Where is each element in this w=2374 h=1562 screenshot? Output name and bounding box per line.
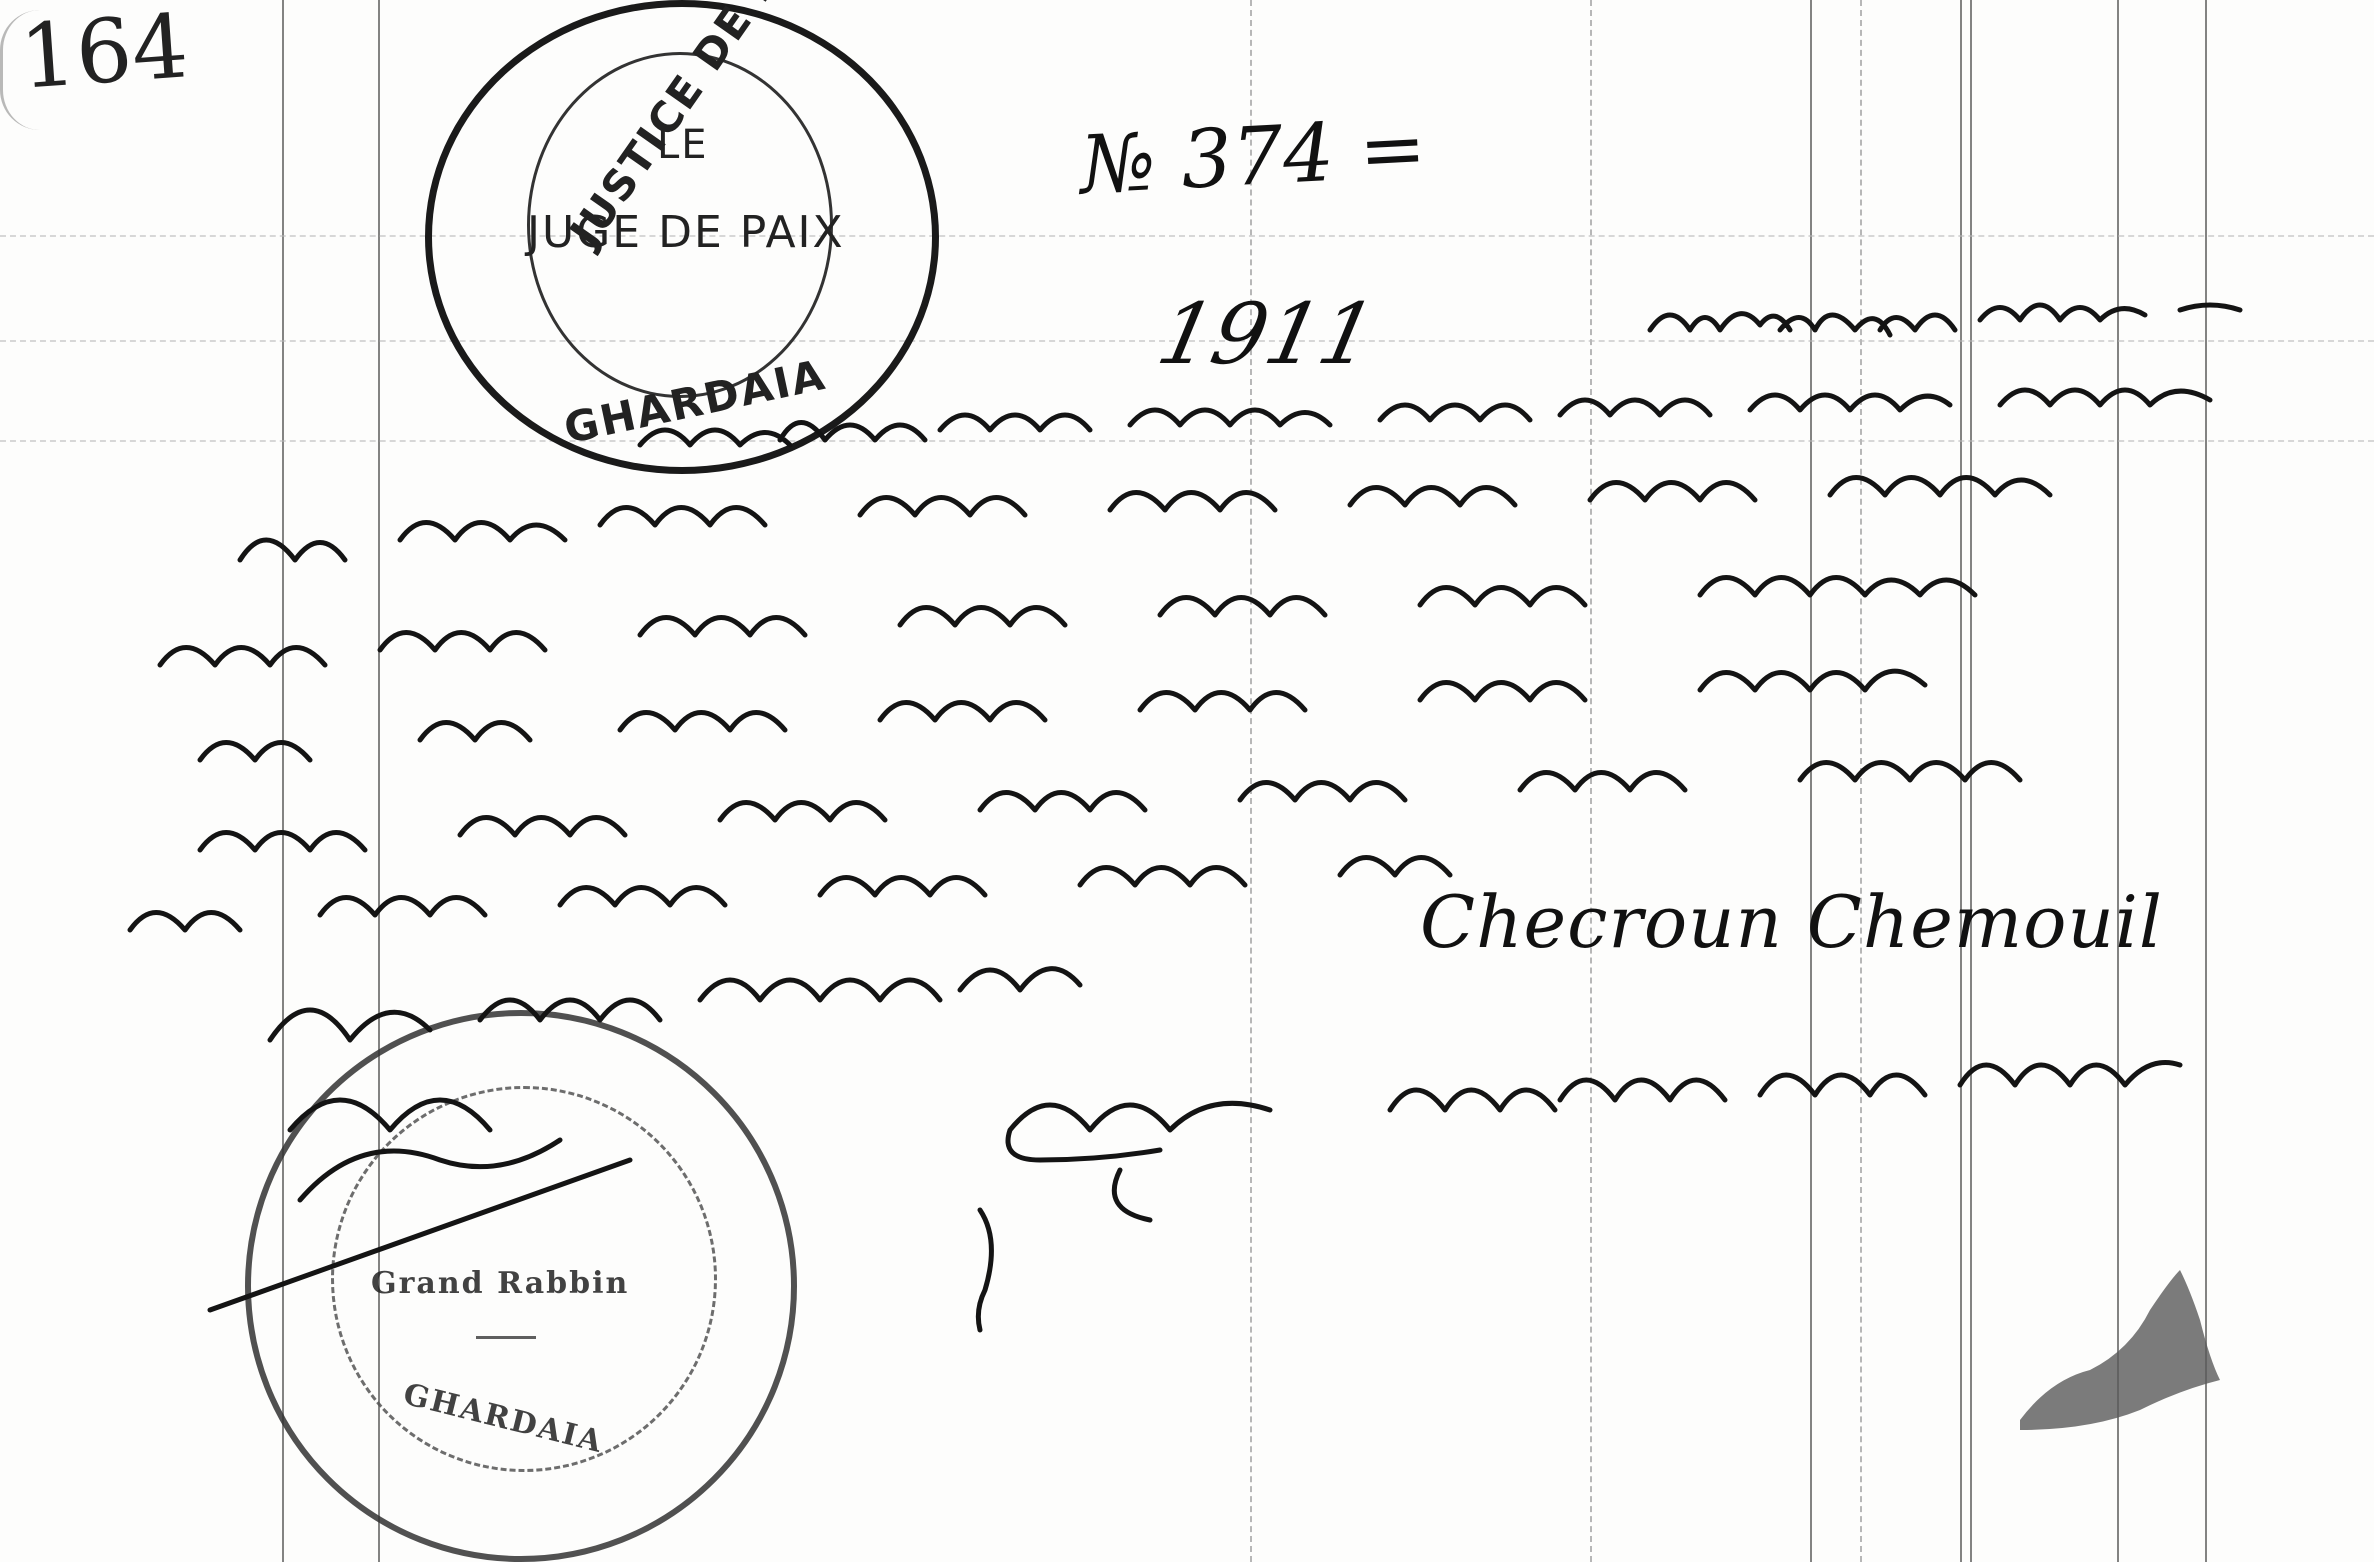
handwritten-signature [210, 1100, 630, 1310]
handwritten-line [1650, 305, 2240, 335]
ink-smudge [2020, 1270, 2220, 1430]
handwritten-line [200, 671, 1925, 760]
document-page: 164 JUSTICE DE PAIX LE JUGE DE PAIX GHAR… [0, 0, 2374, 1562]
handwritten-line [200, 763, 2020, 851]
handwritten-signature [978, 1170, 1150, 1330]
handwritten-signature [1008, 1103, 1270, 1160]
handwritten-line [240, 478, 2050, 561]
handwriting-strokes [0, 0, 2374, 1562]
handwritten-line [130, 858, 1450, 931]
handwritten-signature [1390, 1063, 2180, 1111]
handwritten-line [160, 578, 1975, 666]
handwritten-line [640, 390, 2210, 445]
handwritten-signature [270, 969, 1080, 1040]
